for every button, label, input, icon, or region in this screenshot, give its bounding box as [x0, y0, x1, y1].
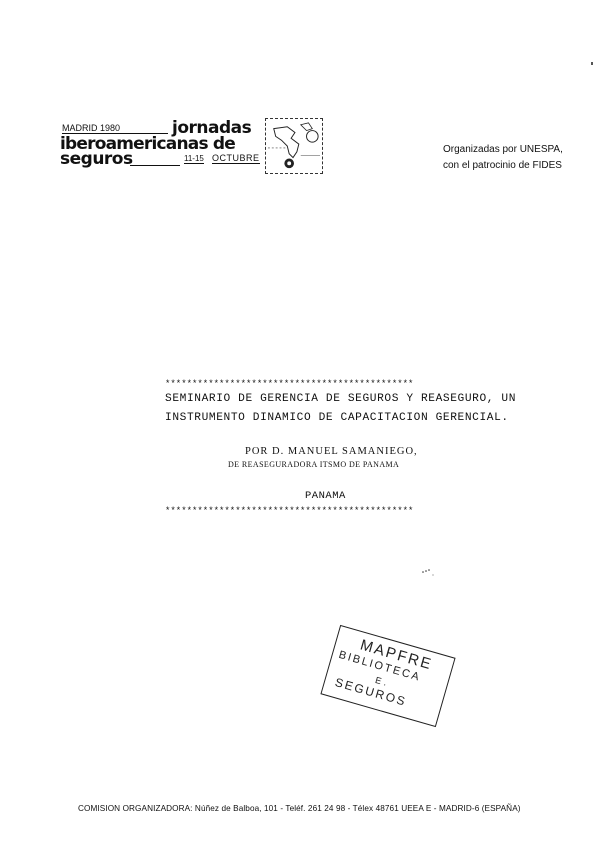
document-title-line: SEMINARIO DE GERENCIA DE SEGUROS Y REASE… [165, 393, 516, 405]
author: POR D. MANUEL SAMANIEGO, [245, 446, 418, 457]
logo-rule [130, 165, 180, 166]
stamp-text: SEGUROS [333, 675, 408, 709]
scan-artifact [420, 568, 440, 578]
star-divider: ****************************************… [165, 379, 505, 389]
footer-address: COMISION ORGANIZADORA: Núñez de Balboa, … [78, 804, 521, 813]
organizer-line: Organizadas por UNESPA, [443, 142, 563, 158]
logo-month: OCTUBRE [212, 153, 260, 164]
event-logo: MADRID 1980 jornadas iberoamericanas de … [60, 120, 260, 172]
logo-dates: 11-15 [184, 154, 204, 164]
star-divider: ****************************************… [165, 506, 505, 516]
author-affiliation: DE REASEGURADORA ITSMO DE PANAMA [228, 460, 399, 469]
country: PANAMA [305, 490, 346, 502]
americas-map-emblem-icon [265, 118, 323, 174]
logo-word-seguros: seguros [60, 149, 133, 169]
library-stamp: MAPFRE BIBLIOTECA E. SEGUROS [320, 625, 455, 727]
sponsor-line: con el patrocinio de FIDES [443, 158, 563, 174]
document-title-line: INSTRUMENTO DINAMICO DE CAPACITACION GER… [165, 412, 509, 424]
scan-speck [591, 62, 593, 65]
logo-city-year: MADRID 1980 [62, 123, 120, 134]
organizer-note: Organizadas por UNESPA, con el patrocini… [443, 142, 563, 174]
